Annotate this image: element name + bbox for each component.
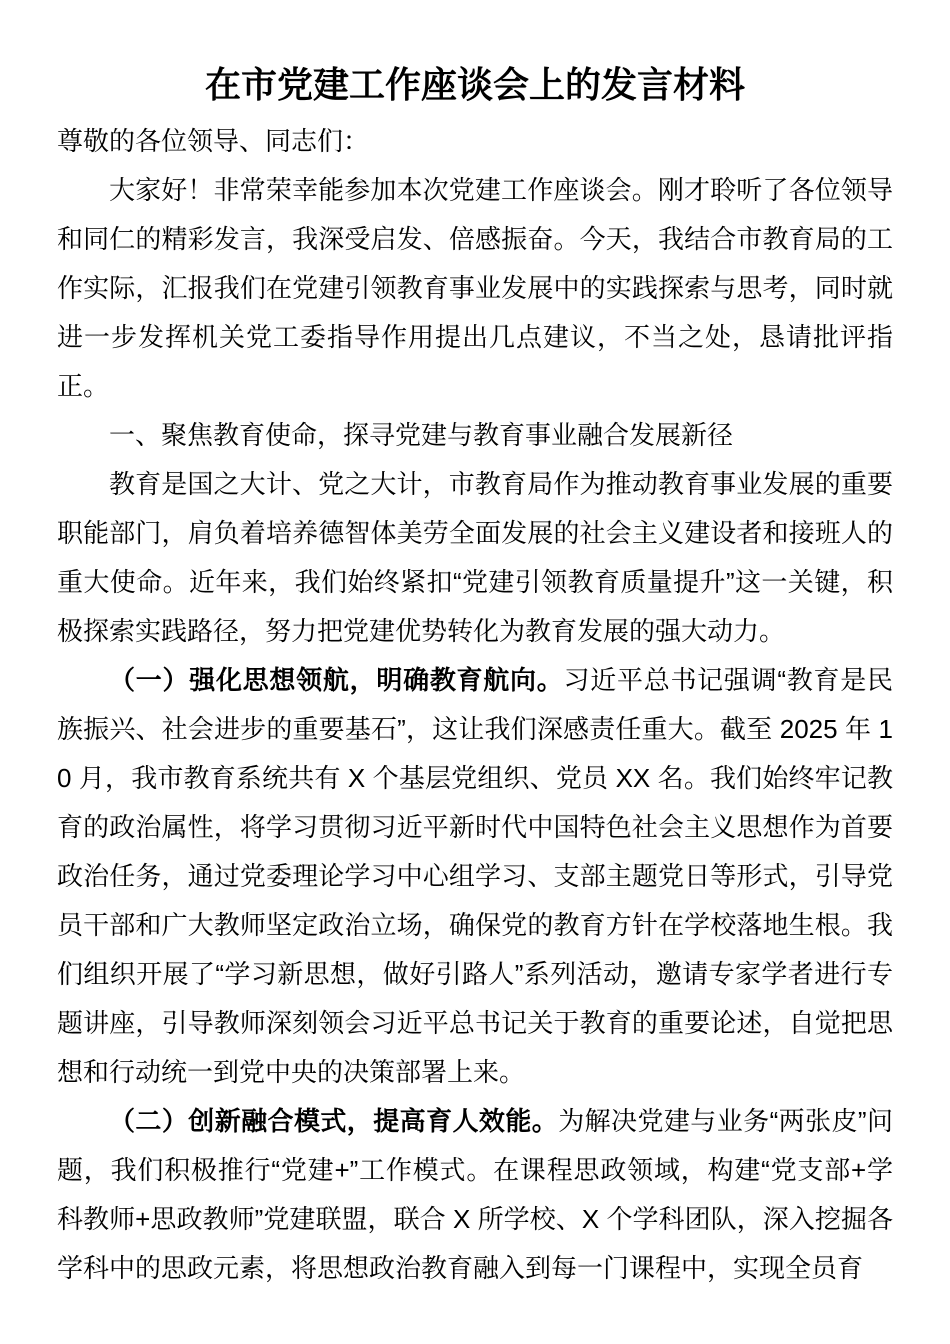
paragraph-opening: 大家好！非常荣幸能参加本次党建工作座谈会。刚才聆听了各位领导和同仁的精彩发言，我… xyxy=(57,166,893,411)
section-1-heading: 一、聚焦教育使命，探寻党建与教育事业融合发展新径 xyxy=(57,411,893,460)
document-body: 尊敬的各位领导、同志们： 大家好！非常荣幸能参加本次党建工作座谈会。刚才聆听了各… xyxy=(57,117,893,1293)
subsection-2-lead: （二）创新融合模式，提高育人效能。 xyxy=(109,1106,558,1136)
subsection-1-lead: （一）强化思想领航，明确教育航向。 xyxy=(109,665,564,695)
document-page: 在市党建工作座谈会上的发言材料 尊敬的各位领导、同志们： 大家好！非常荣幸能参加… xyxy=(0,0,950,1344)
salutation-line: 尊敬的各位领导、同志们： xyxy=(57,117,893,166)
document-title: 在市党建工作座谈会上的发言材料 xyxy=(57,60,893,110)
paragraph-section-1-intro: 教育是国之大计、党之大计，市教育局作为推动教育事业发展的重要职能部门，肩负着培养… xyxy=(57,460,893,656)
paragraph-subsection-1: （一）强化思想领航，明确教育航向。习近平总书记强调“教育是民族振兴、社会进步的重… xyxy=(57,656,893,1097)
paragraph-subsection-2: （二）创新融合模式，提高育人效能。为解决党建与业务“两张皮”问题，我们积极推行“… xyxy=(57,1097,893,1293)
subsection-1-text: 习近平总书记强调“教育是民族振兴、社会进步的重要基石”，这让我们深感责任重大。截… xyxy=(57,665,893,1087)
